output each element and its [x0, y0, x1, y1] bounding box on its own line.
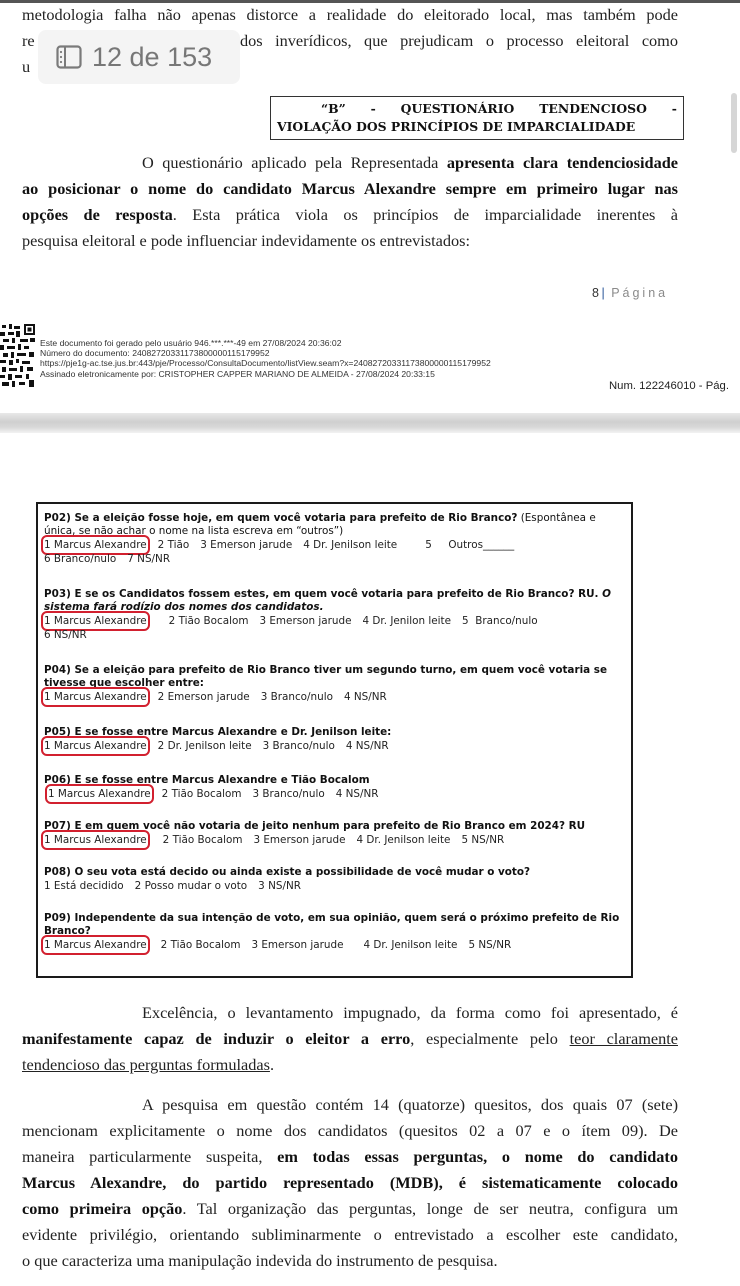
title-word: QUESTIONÁRIO — [401, 100, 515, 118]
text-fragment: re — [22, 31, 35, 50]
section-title-box: “B” - QUESTIONÁRIO TENDENCIOSO - VIOLAÇÃ… — [270, 96, 684, 140]
document-num-page: Num. 122246010 - Pág. — [609, 380, 729, 392]
text-line: pesquisa eleitoral e pode influenciar in… — [22, 228, 678, 254]
sidebar-panel-icon — [56, 45, 82, 69]
text-line: tendencioso das perguntas formuladas. — [22, 1052, 678, 1078]
page-number: 8| Página — [592, 286, 668, 300]
text-line: mencionam explicitamente o nome dos cand… — [22, 1118, 678, 1144]
highlighted-option: 1 Marcus Alexandre — [44, 833, 147, 847]
title-word: TENDENCIOSO — [539, 100, 647, 118]
question-p05: P05) E se fosse entre Marcus Alexandre e… — [44, 726, 630, 753]
highlighted-option: 1 Marcus Alexandre — [44, 690, 147, 704]
document-url[interactable]: https://pje1g-ac.tse.jus.br:443/pje/Proc… — [40, 358, 491, 368]
highlighted-option: 1 Marcus Alexandre — [44, 614, 147, 628]
question-p03: P03) E se os Candidatos fossem estes, em… — [44, 588, 630, 642]
paragraph-pesquisa: A pesquisa em questão contém 14 (quatorz… — [22, 1092, 678, 1274]
section-title-line1: “B” - QUESTIONÁRIO TENDENCIOSO - — [277, 100, 677, 118]
page-separator — [0, 413, 740, 433]
page-counter[interactable]: 12 de 153 — [38, 30, 240, 84]
document-metadata: Este documento foi gerado pelo usuário 9… — [40, 338, 491, 379]
text-line: manifestamente capaz de induzir o eleito… — [22, 1026, 678, 1052]
title-word: - — [371, 100, 376, 118]
question-p06: P06) E se fosse entre Marcus Alexandre e… — [44, 774, 630, 801]
paragraph-questionario: O questionário aplicado pela Representad… — [22, 150, 678, 254]
text-line: A pesquisa em questão contém 14 (quatorz… — [22, 1092, 678, 1118]
question-p04: P04) Se a eleição para prefeito de Rio B… — [44, 664, 630, 704]
scrollbar-thumb[interactable] — [731, 93, 737, 153]
question-p02: P02) Se a eleição fosse hoje, em quem vo… — [44, 512, 630, 566]
text-line: ao posicionar o nome do candidato Marcus… — [22, 176, 678, 202]
text-line: evidente privilégio, orientando sublimin… — [22, 1222, 678, 1248]
text-line: o que caracteriza uma manipulação indevi… — [22, 1248, 678, 1274]
questionnaire-image: P02) Se a eleição fosse hoje, em quem vo… — [36, 502, 633, 978]
highlighted-option: 1 Marcus Alexandre — [44, 938, 147, 952]
highlighted-option: 1 Marcus Alexandre — [48, 787, 151, 801]
text-line: opções de resposta. Esta prática viola o… — [22, 202, 678, 228]
question-p08: P08) O seu vota está decido ou ainda exi… — [44, 866, 630, 893]
text-line: como primeira opção. Tal organização das… — [22, 1196, 678, 1222]
text-line: O questionário aplicado pela Representad… — [22, 150, 678, 176]
highlighted-option: 1 Marcus Alexandre — [44, 538, 147, 552]
text-line: Excelência, o levantamento impugnado, da… — [22, 1000, 678, 1026]
document-number-text: Número do documento: 2408272033117380000… — [40, 348, 491, 358]
text-line: Marcus Alexandre, do partido representad… — [22, 1170, 678, 1196]
signature-text: Assinado eletronicamente por: CRISTOPHER… — [40, 369, 491, 379]
paragraph-excelencia: Excelência, o levantamento impugnado, da… — [22, 1000, 678, 1078]
question-p07: P07) E em quem você não votaria de jeito… — [44, 820, 630, 847]
qr-code-icon — [0, 322, 36, 392]
title-word: - — [672, 100, 677, 118]
page-counter-text: 12 de 153 — [92, 42, 212, 73]
section-title-line2: VIOLAÇÃO DOS PRINCÍPIOS DE IMPARCIALIDAD… — [277, 118, 677, 136]
highlighted-option: 1 Marcus Alexandre — [44, 739, 147, 753]
question-p09: P09) Independente da sua intenção de vot… — [44, 912, 630, 952]
text-line: metodologia falha não apenas distorce a … — [22, 2, 678, 28]
title-word: “B” — [321, 100, 346, 118]
text-line: maneira particularmente suspeita, em tod… — [22, 1144, 678, 1170]
text-fragment: dos inverídicos, que prejudicam o proces… — [240, 28, 678, 54]
generated-by-text: Este documento foi gerado pelo usuário 9… — [40, 338, 491, 348]
